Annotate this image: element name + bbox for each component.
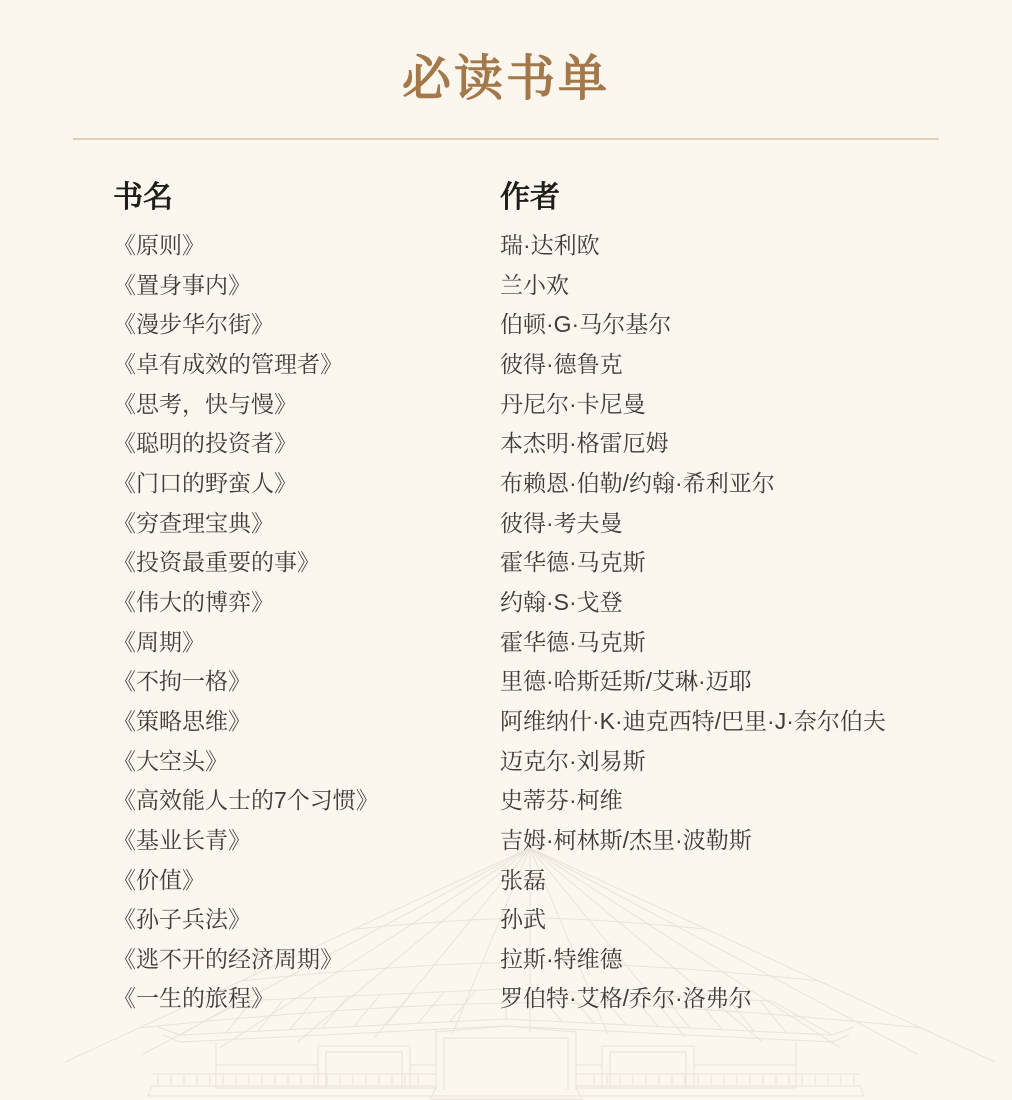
book-title-cell: 《穷查理宝典》 — [113, 504, 500, 544]
author-cell: 兰小欢 — [500, 266, 943, 306]
table-row: 《置身事内》 兰小欢 — [113, 266, 943, 306]
author-cell: 吉姆·柯林斯/杰里·波勒斯 — [500, 821, 943, 861]
author-cell: 拉斯·特维德 — [500, 940, 943, 980]
book-title-cell: 《漫步华尔街》 — [113, 305, 500, 345]
table-row: 《思考，快与慢》 丹尼尔·卡尼曼 — [113, 385, 943, 425]
page-title: 必读书单 — [0, 52, 1012, 106]
author-cell: 霍华德·马克斯 — [500, 543, 943, 583]
book-title-cell: 《孙子兵法》 — [113, 900, 500, 940]
book-table: 书名 作者 《原则》 瑞·达利欧 《置身事内》 兰小欢 《漫步华尔街》 伯顿·G… — [113, 176, 943, 1019]
book-title-cell: 《逃不开的经济周期》 — [113, 940, 500, 980]
book-title-cell: 《聪明的投资者》 — [113, 424, 500, 464]
book-title-cell: 《策略思维》 — [113, 702, 500, 742]
book-title-cell: 《投资最重要的事》 — [113, 543, 500, 583]
table-row: 《大空头》 迈克尔·刘易斯 — [113, 742, 943, 782]
table-row: 《周期》 霍华德·马克斯 — [113, 623, 943, 663]
author-cell: 孙武 — [500, 900, 943, 940]
title-divider — [73, 138, 939, 140]
book-title-cell: 《基业长青》 — [113, 821, 500, 861]
table-rows: 《原则》 瑞·达利欧 《置身事内》 兰小欢 《漫步华尔街》 伯顿·G·马尔基尔 … — [113, 226, 943, 1019]
table-row: 《聪明的投资者》 本杰明·格雷厄姆 — [113, 424, 943, 464]
book-title-cell: 《价值》 — [113, 861, 500, 901]
table-row: 《投资最重要的事》 霍华德·马克斯 — [113, 543, 943, 583]
table-row: 《穷查理宝典》 彼得·考夫曼 — [113, 504, 943, 544]
author-cell: 罗伯特·艾格/乔尔·洛弗尔 — [500, 979, 943, 1019]
table-row: 《不拘一格》 里德·哈斯廷斯/艾琳·迈耶 — [113, 662, 943, 702]
table-row: 《策略思维》 阿维纳什·K·迪克西特/巴里·J·奈尔伯夫 — [113, 702, 943, 742]
book-title-cell: 《不拘一格》 — [113, 662, 500, 702]
table-row: 《高效能人士的7个习惯》 史蒂芬·柯维 — [113, 781, 943, 821]
author-cell: 迈克尔·刘易斯 — [500, 742, 943, 782]
book-title-cell: 《原则》 — [113, 226, 500, 266]
header-book: 书名 — [113, 176, 500, 220]
author-cell: 伯顿·G·马尔基尔 — [500, 305, 943, 345]
author-cell: 瑞·达利欧 — [500, 226, 943, 266]
book-title-cell: 《一生的旅程》 — [113, 979, 500, 1019]
author-cell: 史蒂芬·柯维 — [500, 781, 943, 821]
header-author: 作者 — [500, 176, 943, 220]
book-title-cell: 《思考，快与慢》 — [113, 385, 500, 425]
author-cell: 布赖恩·伯勒/约翰·希利亚尔 — [500, 464, 943, 504]
book-title-cell: 《大空头》 — [113, 742, 500, 782]
author-cell: 约翰·S·戈登 — [500, 583, 943, 623]
author-cell: 彼得·考夫曼 — [500, 504, 943, 544]
author-cell: 丹尼尔·卡尼曼 — [500, 385, 943, 425]
author-cell: 彼得·德鲁克 — [500, 345, 943, 385]
author-cell: 本杰明·格雷厄姆 — [500, 424, 943, 464]
table-row: 《一生的旅程》 罗伯特·艾格/乔尔·洛弗尔 — [113, 979, 943, 1019]
table-row: 《卓有成效的管理者》 彼得·德鲁克 — [113, 345, 943, 385]
table-row: 《伟大的博弈》 约翰·S·戈登 — [113, 583, 943, 623]
book-title-cell: 《周期》 — [113, 623, 500, 663]
book-title-cell: 《伟大的博弈》 — [113, 583, 500, 623]
table-row: 《价值》 张磊 — [113, 861, 943, 901]
table-row: 《门口的野蛮人》 布赖恩·伯勒/约翰·希利亚尔 — [113, 464, 943, 504]
author-cell: 霍华德·马克斯 — [500, 623, 943, 663]
page: 必读书单 书名 作者 《原则》 瑞·达利欧 《置身事内》 兰小欢 《漫步华尔街》… — [0, 0, 1012, 1100]
table-row: 《孙子兵法》 孙武 — [113, 900, 943, 940]
author-cell: 张磊 — [500, 861, 943, 901]
table-row: 《漫步华尔街》 伯顿·G·马尔基尔 — [113, 305, 943, 345]
table-header: 书名 作者 — [113, 176, 943, 220]
book-title-cell: 《门口的野蛮人》 — [113, 464, 500, 504]
table-row: 《基业长青》 吉姆·柯林斯/杰里·波勒斯 — [113, 821, 943, 861]
author-cell: 里德·哈斯廷斯/艾琳·迈耶 — [500, 662, 943, 702]
book-title-cell: 《置身事内》 — [113, 266, 500, 306]
table-row: 《原则》 瑞·达利欧 — [113, 226, 943, 266]
book-title-cell: 《高效能人士的7个习惯》 — [113, 781, 500, 821]
author-cell: 阿维纳什·K·迪克西特/巴里·J·奈尔伯夫 — [500, 702, 943, 742]
table-row: 《逃不开的经济周期》 拉斯·特维德 — [113, 940, 943, 980]
book-title-cell: 《卓有成效的管理者》 — [113, 345, 500, 385]
